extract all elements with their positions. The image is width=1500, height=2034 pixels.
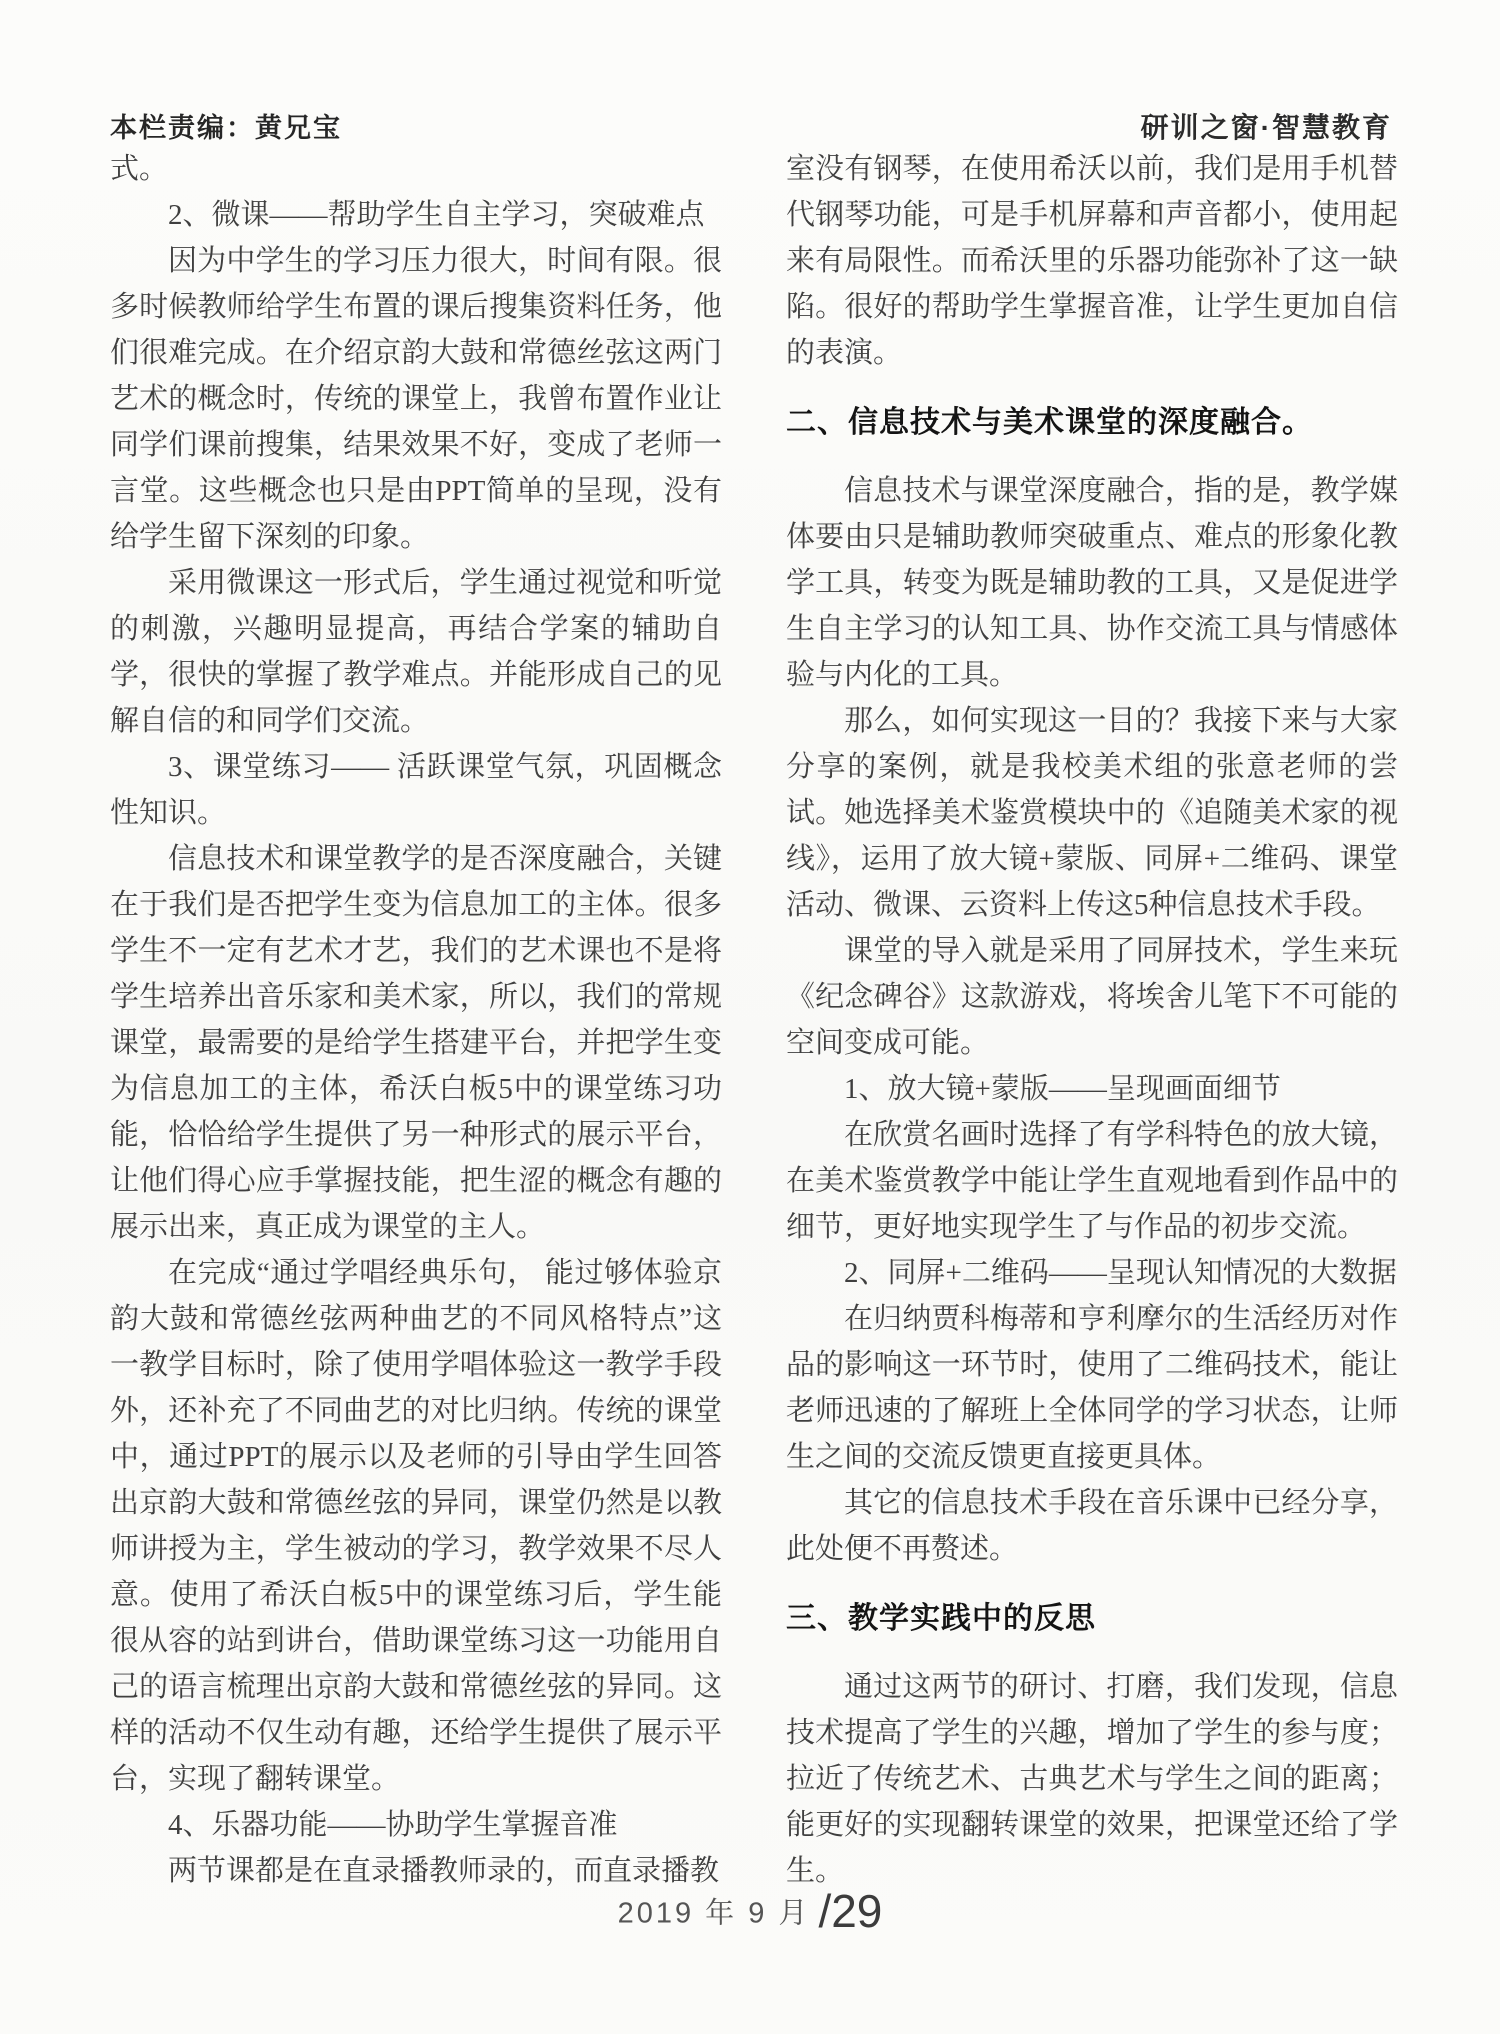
paragraph: 在归纳贾科梅蒂和亨利摩尔的生活经历对作品的影响这一环节时，使用了二维码技术，能让… xyxy=(786,1296,1398,1480)
paragraph: 信息技术和课堂教学的是否深度融合，关键在于我们是否把学生变为信息加工的主体。很多… xyxy=(110,836,722,1250)
paragraph: 其它的信息技术手段在音乐课中已经分享，此处便不再赘述。 xyxy=(786,1480,1398,1572)
paragraph: 通过这两节的研讨、打磨，我们发现，信息技术提高了学生的兴趣，增加了学生的参与度；… xyxy=(786,1664,1398,1894)
paragraph: 信息技术与课堂深度融合，指的是，教学媒体要由只是辅助教师突破重点、难点的形象化教… xyxy=(786,468,1398,698)
section-heading-3: 三、教学实践中的反思 xyxy=(786,1596,1398,1642)
left-column: 式。 2、微课——帮助学生自主学习，突破难点 因为中学生的学习压力很大，时间有限… xyxy=(110,146,722,1894)
page-footer: 2019 年 9 月/29 xyxy=(0,1884,1500,1938)
magazine-page: 本栏责编：黄兄宝 研训之窗·智慧教育 式。 2、微课——帮助学生自主学习，突破难… xyxy=(0,0,1500,2034)
column-editor-label: 本栏责编：黄兄宝 xyxy=(110,106,342,145)
paragraph: 因为中学生的学习压力很大，时间有限。很多时候教师给学生布置的课后搜集资料任务，他… xyxy=(110,238,722,560)
paragraph: 课堂的导入就是采用了同屏技术，学生来玩《纪念碑谷》这款游戏，将埃舍儿笔下不可能的… xyxy=(786,928,1398,1066)
section-banner: 研训之窗·智慧教育 xyxy=(1141,106,1392,146)
paragraph: 在完成“通过学唱经典乐句， 能过够体验京韵大鼓和常德丝弦两种曲艺的不同风格特点”… xyxy=(110,1250,722,1802)
section-heading-2: 二、信息技术与美术课堂的深度融合。 xyxy=(786,400,1398,446)
right-column: 室没有钢琴，在使用希沃以前，我们是用手机替代钢琴功能，可是手机屏幕和声音都小，使… xyxy=(786,146,1398,1894)
paragraph: 在欣赏名画时选择了有学科特色的放大镜，在美术鉴赏教学中能让学生直观地看到作品中的… xyxy=(786,1112,1398,1250)
subheading-instrument-function: 4、乐器功能——协助学生掌握音准 xyxy=(110,1802,722,1848)
subheading-classroom-exercise: 3、课堂练习—— 活跃课堂气氛，巩固概念性知识。 xyxy=(110,744,722,836)
paragraph-continuation: 式。 xyxy=(110,146,722,192)
subheading-microlesson: 2、微课——帮助学生自主学习，突破难点 xyxy=(110,192,722,238)
subheading-screenshare-qrcode: 2、同屏+二维码——呈现认知情况的大数据 xyxy=(786,1250,1398,1296)
page-number: /29 xyxy=(818,1885,882,1937)
paragraph-continuation: 室没有钢琴，在使用希沃以前，我们是用手机替代钢琴功能，可是手机屏幕和声音都小，使… xyxy=(786,146,1398,376)
paragraph: 那么，如何实现这一目的？我接下来与大家分享的案例，就是我校美术组的张意老师的尝试… xyxy=(786,698,1398,928)
issue-date: 2019 年 9 月 xyxy=(618,1898,811,1930)
subheading-magnifier-mask: 1、放大镜+蒙版——呈现画面细节 xyxy=(786,1066,1398,1112)
paragraph: 采用微课这一形式后，学生通过视觉和听觉的刺激，兴趣明显提高，再结合学案的辅助自学… xyxy=(110,560,722,744)
